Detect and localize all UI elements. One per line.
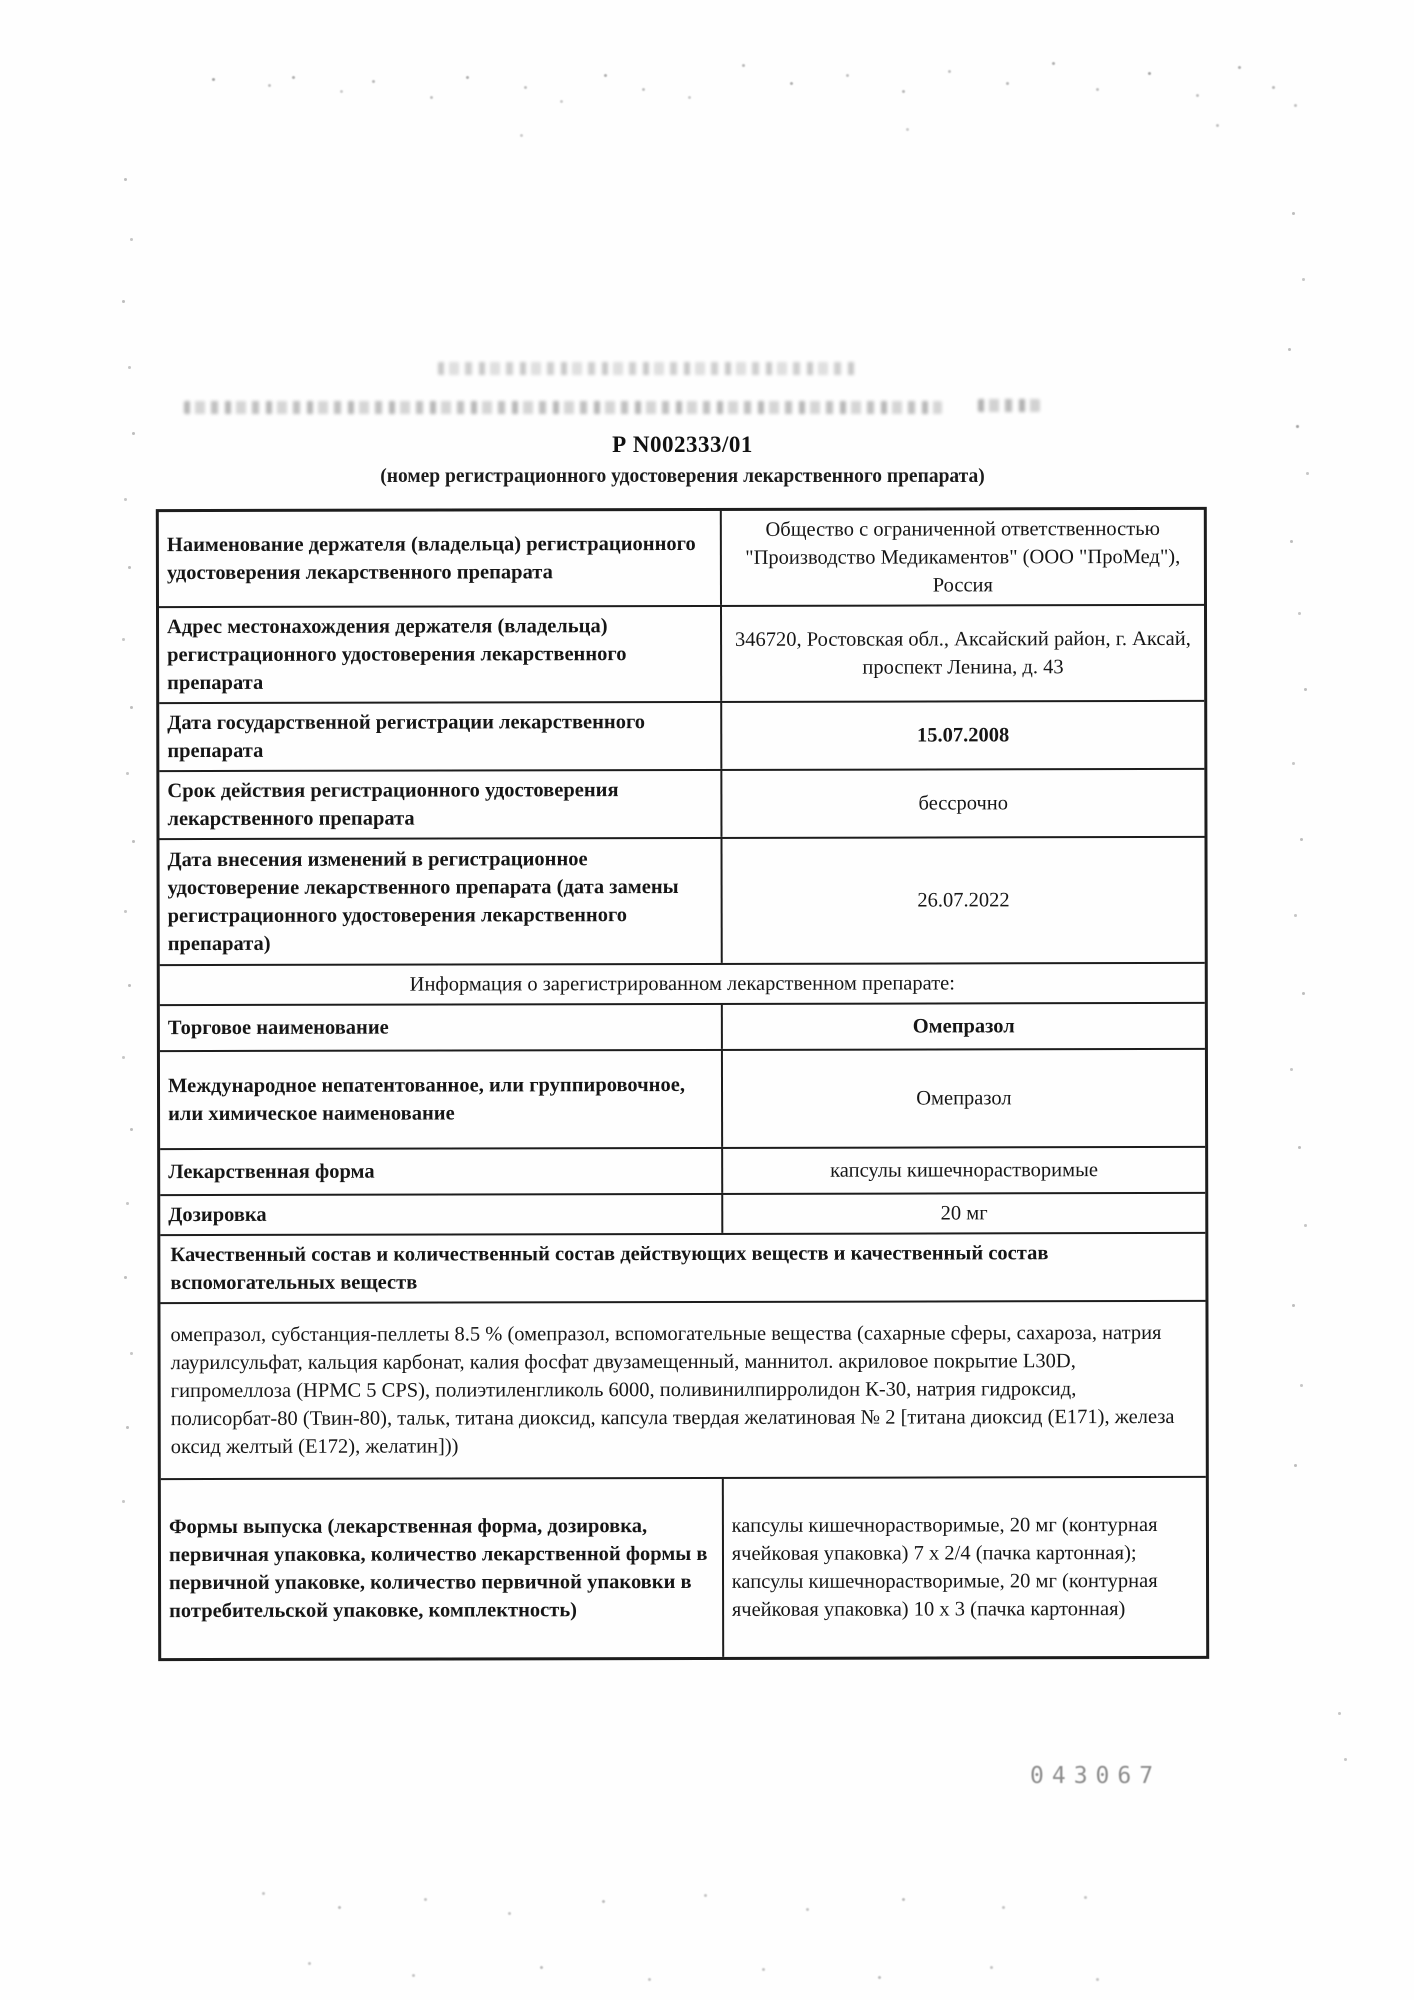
dosage-form-label: Лекарственная форма: [160, 1149, 723, 1194]
row-registration-date: Дата государственной регистрации лекарст…: [159, 702, 1204, 772]
amendment-date-label: Дата внесения изменений в регистрационно…: [159, 839, 722, 964]
validity-period-label: Срок действия регистрационного удостовер…: [159, 771, 722, 838]
inn-name-label: Международное непатентованное, или групп…: [160, 1051, 723, 1148]
row-inn-name: Международное непатентованное, или групп…: [160, 1050, 1205, 1150]
row-composition-text: омепразол, субстанция-пеллеты 8.5 % (оме…: [160, 1302, 1205, 1480]
release-forms-value: капсулы кишечнорастворимые, 20 мг (конту…: [724, 1478, 1207, 1657]
row-composition-header: Качественный состав и количественный сос…: [160, 1234, 1205, 1304]
row-holder-name: Наименование держателя (владельца) регис…: [159, 510, 1204, 608]
holder-name-label: Наименование держателя (владельца) регис…: [159, 511, 722, 606]
scanned-page: Р N002333/01 (номер регистрационного удо…: [0, 0, 1414, 2000]
registration-number: Р N002333/01: [157, 432, 1208, 458]
composition-text: омепразол, субстанция-пеллеты 8.5 % (оме…: [160, 1302, 1205, 1478]
holder-name-value: Общество с ограниченной ответственностью…: [722, 510, 1204, 605]
row-release-forms: Формы выпуска (лекарственная форма, дози…: [161, 1478, 1206, 1658]
holder-address-label: Адрес местонахождения держателя (владель…: [159, 607, 722, 702]
release-form-entry-2: капсулы кишечнорастворимые, 20 мг (конту…: [732, 1567, 1194, 1624]
row-trade-name: Торговое наименование Омепразол: [160, 1004, 1205, 1052]
holder-address-value: 346720, Ростовская обл., Аксайский район…: [722, 606, 1204, 701]
registration-date-label: Дата государственной регистрации лекарст…: [159, 703, 722, 770]
release-forms-label: Формы выпуска (лекарственная форма, дози…: [161, 1479, 724, 1658]
stamp-number: 043067: [1030, 1763, 1161, 1789]
illegible-scan-text-line-2: [184, 401, 942, 414]
inn-name-value: Омепразол: [723, 1050, 1205, 1147]
release-form-entry-1: капсулы кишечнорастворимые, 20 мг (конту…: [732, 1511, 1194, 1568]
row-dosage: Дозировка 20 мг: [160, 1194, 1205, 1236]
row-section-header: Информация о зарегистрированном лекарств…: [160, 964, 1205, 1006]
composition-header: Качественный состав и количественный сос…: [160, 1234, 1205, 1302]
amendment-date-value: 26.07.2022: [722, 838, 1205, 963]
dosage-label: Дозировка: [160, 1195, 723, 1234]
trade-name-value: Омепразол: [723, 1004, 1205, 1049]
document-header: Р N002333/01 (номер регистрационного удо…: [157, 432, 1208, 488]
scan-noise-bottom: [0, 0, 3, 3]
row-dosage-form: Лекарственная форма капсулы кишечнораств…: [160, 1148, 1205, 1196]
validity-period-value: бессрочно: [722, 770, 1204, 837]
illegible-scan-text-line-1: [438, 362, 858, 375]
section-header: Информация о зарегистрированном лекарств…: [160, 964, 1205, 1004]
row-holder-address: Адрес местонахождения держателя (владель…: [159, 606, 1204, 704]
dosage-form-value: капсулы кишечнорастворимые: [723, 1148, 1205, 1193]
registration-number-caption: (номер регистрационного удостоверения ле…: [157, 466, 1208, 488]
registration-date-value: 15.07.2008: [722, 702, 1204, 769]
illegible-scan-text-line-3: [978, 399, 1040, 412]
row-amendment-date: Дата внесения изменений в регистрационно…: [159, 838, 1204, 966]
registration-table: Наименование держателя (владельца) регис…: [156, 507, 1209, 1661]
row-validity-period: Срок действия регистрационного удостовер…: [159, 770, 1204, 840]
dosage-value: 20 мг: [723, 1194, 1205, 1233]
trade-name-label: Торговое наименование: [160, 1005, 723, 1050]
